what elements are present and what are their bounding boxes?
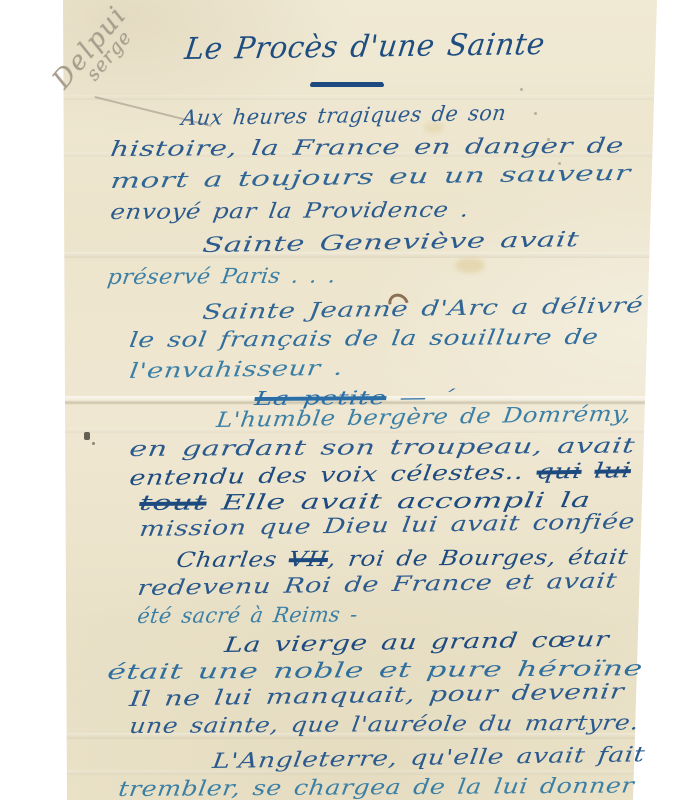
line-text: l'envahisseur . bbox=[128, 356, 345, 383]
line-text: été sacré à Reims - bbox=[136, 602, 359, 628]
title-underline bbox=[310, 83, 384, 87]
struck-text: VII bbox=[287, 547, 329, 571]
manuscript-line: le sol français de la souillure de bbox=[128, 326, 600, 352]
manuscript-title: Le Procès d'une Sainte bbox=[183, 28, 547, 66]
line-text: en gardant son troupeau, avait bbox=[128, 433, 637, 461]
manuscript-line: été sacré à Reims - bbox=[136, 603, 359, 628]
pencil-dot bbox=[534, 112, 537, 115]
manuscript-line: Charles VII, roi de Bourges, était bbox=[175, 546, 630, 572]
line-text: , roi de Bourges, était bbox=[326, 545, 629, 571]
manuscript-line: en gardant son troupeau, avait bbox=[128, 434, 637, 461]
manuscript-line: l'envahisseur . bbox=[128, 357, 345, 383]
struck-text: lui bbox=[593, 458, 632, 483]
manuscript-line: trembler, se chargea de la lui donner bbox=[117, 774, 636, 800]
manuscript-line: préservé Paris . . . bbox=[106, 264, 337, 289]
line-text: trembler, se chargea de la lui donner bbox=[117, 773, 636, 800]
manuscript-line: histoire, la France en danger de bbox=[109, 134, 625, 161]
struck-text: tout bbox=[138, 491, 208, 515]
ink-speck bbox=[92, 442, 95, 445]
pencil-dot bbox=[520, 88, 523, 91]
paper-stain bbox=[455, 258, 485, 273]
line-text: Charles bbox=[175, 547, 291, 572]
line-text: préservé Paris . . . bbox=[106, 263, 338, 289]
line-text: envoyé par la Providence . bbox=[109, 197, 471, 224]
manuscript-line: envoyé par la Providence . bbox=[109, 198, 470, 224]
line-text: le sol français de la souillure de bbox=[128, 325, 600, 352]
line-text: Le Procès d'une Sainte bbox=[183, 27, 547, 67]
ink-speck bbox=[84, 432, 90, 440]
struck-text: qui bbox=[535, 459, 583, 484]
line-text: Aux heures tragiques de son bbox=[180, 101, 508, 130]
line-text: une sainte, que l'auréole du martyre. bbox=[128, 710, 641, 738]
line-text: histoire, la France en danger de bbox=[109, 133, 626, 161]
manuscript-line: une sainte, que l'auréole du martyre. bbox=[128, 711, 641, 738]
